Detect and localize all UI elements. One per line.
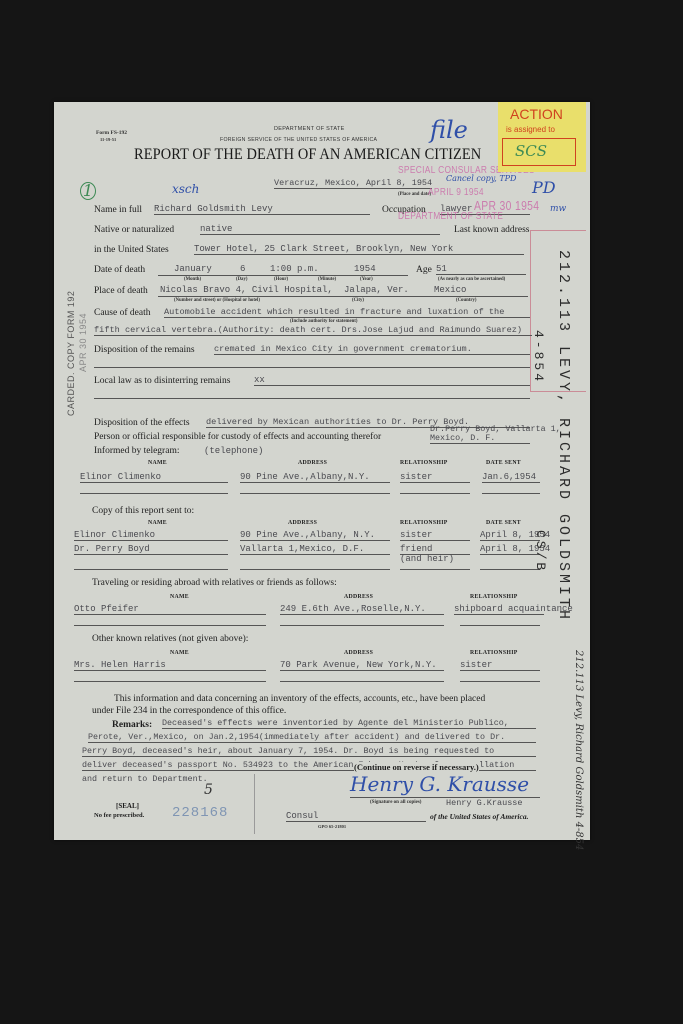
cell-relationship: shipboard acquaintance xyxy=(454,604,544,615)
caption-street: (Number and street) or (Hospital or hote… xyxy=(174,298,260,303)
copy-label: Copy of this report sent to: xyxy=(92,506,194,516)
informed-header-relationship: RELATIONSHIP xyxy=(400,460,448,466)
remarks-line-1: Deceased's effects were inventoried by A… xyxy=(162,718,536,729)
fold-mark xyxy=(254,774,255,834)
cell-address: 249 E.6th Ave.,Roselle,N.Y. xyxy=(280,604,444,615)
consul-title: Consul xyxy=(286,811,426,822)
cell-address: Vallarta 1,Mexico, D.F. xyxy=(240,544,390,555)
traveling-header-name: NAME xyxy=(170,594,189,600)
circled-number: 1 xyxy=(80,182,96,200)
local-law-value: xx xyxy=(254,375,530,386)
caption-month: (Month) xyxy=(184,277,201,282)
blank-line xyxy=(460,674,540,682)
cell-name: Otto Pfeifer xyxy=(74,604,266,615)
cancel-note: Cancel copy, TPD xyxy=(446,174,516,183)
cell-date: April 8, 1954 xyxy=(480,544,540,555)
blank-line xyxy=(400,486,470,494)
seal-label: [SEAL] xyxy=(116,802,139,810)
informed-value: (telephone) xyxy=(204,446,263,456)
dod-day: 6 xyxy=(240,264,245,274)
signer-name: Henry G.Krausse xyxy=(446,798,523,808)
copy-header-name: NAME xyxy=(148,520,167,526)
handwritten-pd: PD xyxy=(532,178,556,197)
relatives-label: Other known relatives (not given above): xyxy=(92,634,248,644)
blank-line xyxy=(74,674,266,682)
place-country: Mexico xyxy=(434,285,466,295)
remarks-label: Remarks: xyxy=(112,720,152,730)
action-subtitle: is assigned to xyxy=(506,125,555,134)
age-value: 51 xyxy=(436,264,526,275)
remains-blank-line xyxy=(94,360,530,368)
cause-label: Cause of death xyxy=(94,308,150,318)
caption-day: (Day) xyxy=(236,277,247,282)
cell-relationship: sister xyxy=(400,472,470,483)
carded-stamp: CARDED. COPY FORM 192 xyxy=(66,291,76,416)
place-street: Nicolas Bravo 4, Civil Hospital, xyxy=(160,285,333,295)
inventory-line-1: This information and data concerning an … xyxy=(114,694,485,704)
effects-label: Disposition of the effects xyxy=(94,418,190,428)
last-address-label: Last known address xyxy=(454,225,529,235)
blank-line xyxy=(240,486,390,494)
form-date: 11-19-51 xyxy=(100,137,116,142)
cell-name: Dr. Perry Boyd xyxy=(74,544,228,555)
page-title: REPORT OF THE DEATH OF AN AMERICAN CITIZ… xyxy=(134,146,481,164)
relatives-header-name: NAME xyxy=(170,650,189,656)
custody-label: Person or official responsible for custo… xyxy=(94,432,381,442)
blank-line xyxy=(460,618,540,626)
place-and-date: Veracruz, Mexico, April 8, 1954 xyxy=(274,178,432,189)
stamp-april: APRIL 9 1954 xyxy=(428,186,484,198)
form-number: Form FS-192 xyxy=(96,130,127,136)
place-date-caption: (Place and date) xyxy=(398,192,431,197)
informed-header-date: DATE SENT xyxy=(486,460,521,466)
caption-hour: (Hour) xyxy=(274,277,288,282)
margin-handwritten-note: 212.113 Levy, Richard Goldsmith 4-854 xyxy=(573,650,584,850)
name-label: Name in full xyxy=(94,205,142,215)
cell-address: 70 Park Avenue, New York,N.Y. xyxy=(280,660,444,671)
place-label: Place of death xyxy=(94,286,148,296)
cause-line-1: Automobile accident which resulted in fr… xyxy=(164,307,530,318)
custody-line-2: Mexico, D. F. xyxy=(430,433,530,444)
blank-line xyxy=(400,562,470,570)
cell-address: 90 Pine Ave.,Albany,N.Y. xyxy=(240,472,390,483)
caption-country: (Country) xyxy=(456,298,477,303)
handwritten-count: 5 xyxy=(204,782,213,798)
native-label: Native or naturalized xyxy=(94,225,174,235)
death-report-document: Form FS-192 11-19-51 DEPARTMENT OF STATE… xyxy=(54,102,590,840)
remarks-line-2: Perote, Ver.,Mexico, on Jan.2,1954(immed… xyxy=(88,732,536,743)
informed-header-address: ADDRESS xyxy=(298,460,327,466)
cs-code-stamp: CS/B xyxy=(533,530,548,573)
blank-line xyxy=(80,486,228,494)
signature-line xyxy=(350,788,540,798)
remarks-line-5: and return to Department. xyxy=(82,774,208,784)
cell-name: Mrs. Helen Harris xyxy=(74,660,266,671)
local-law-label: Local law as to disinterring remains xyxy=(94,376,230,386)
cell-name: Elinor Climenko xyxy=(74,530,228,541)
of-united-states: of the United States of America. xyxy=(430,812,528,821)
department-heading: DEPARTMENT OF STATE xyxy=(274,126,345,132)
cell-relationship: sister xyxy=(460,660,540,671)
dod-month: January xyxy=(174,264,212,274)
blank-line xyxy=(280,618,444,626)
copy-header-date: DATE SENT xyxy=(486,520,521,526)
relatives-header-address: ADDRESS xyxy=(344,650,373,656)
remains-label: Disposition of the remains xyxy=(94,345,195,355)
name-value: Richard Goldsmith Levy xyxy=(154,204,370,215)
traveling-header-address: ADDRESS xyxy=(344,594,373,600)
carded-date-stamp: APR 30 1954 xyxy=(78,313,88,372)
copy-header-address: ADDRESS xyxy=(288,520,317,526)
action-assigned-value: SCS xyxy=(515,142,547,160)
action-assigned-box: SCS xyxy=(502,138,576,166)
blank-line xyxy=(480,562,540,570)
informed-label: Informed by telegram: xyxy=(94,446,179,456)
action-title: ACTION xyxy=(510,106,563,122)
caption-year: (Year) xyxy=(360,277,373,282)
cell-date: Jan.6,1954 xyxy=(482,472,540,483)
action-sticky-note: ACTION is assigned to SCS xyxy=(498,102,586,172)
blank-line xyxy=(74,618,266,626)
inventory-line-2: under File 234 in the correspondence of … xyxy=(92,706,286,716)
native-value: native xyxy=(200,224,440,235)
place-city: Jalapa, Ver. xyxy=(344,285,409,295)
file-number-stamp: 212.113 LEVY, RICHARD GOLDSMITH xyxy=(555,250,572,622)
cause-line-2: fifth cervical vertebra.(Authority: deat… xyxy=(94,325,532,336)
handwritten-initials-mw: mw xyxy=(550,204,566,214)
blank-line xyxy=(482,486,540,494)
us-address-value: Tower Hotel, 25 Clark Street, Brooklyn, … xyxy=(194,244,524,255)
continue-note: (Continue on reverse if necessary.) xyxy=(354,762,479,772)
us-address-label: in the United States xyxy=(94,245,169,255)
signature-caption: (Signature on all copies) xyxy=(370,800,421,805)
blank-line xyxy=(240,562,390,570)
age-caption: (As nearly as can be ascertained) xyxy=(438,277,505,282)
cell-address: 90 Pine Ave.,Albany, N.Y. xyxy=(240,530,390,541)
dod-hour: 1:00 p.m. xyxy=(270,264,319,274)
cell-date: April 8, 1954 xyxy=(480,530,540,541)
dod-year: 1954 xyxy=(354,264,376,274)
blank-line xyxy=(74,562,228,570)
sub-number-stamp: 4-854 xyxy=(531,330,546,384)
traveling-label: Traveling or residing abroad with relati… xyxy=(92,578,337,588)
local-law-blank-line xyxy=(94,391,530,399)
informed-header-name: NAME xyxy=(148,460,167,466)
age-label: Age xyxy=(416,265,432,275)
copy-header-relationship: RELATIONSHIP xyxy=(400,520,448,526)
stamp-department: DEPARTMENT OF STATE xyxy=(398,210,503,222)
remains-value: cremated in Mexico City in government cr… xyxy=(214,344,530,355)
cell-relationship: sister xyxy=(400,530,470,541)
dod-label: Date of death xyxy=(94,265,145,275)
fee-number-stamp: 228168 xyxy=(172,805,228,821)
relatives-header-relationship: RELATIONSHIP xyxy=(470,650,518,656)
gpo-number: GPO 65-21801 xyxy=(318,824,346,829)
service-heading: FOREIGN SERVICE OF THE UNITED STATES OF … xyxy=(220,137,377,143)
cause-caption: (Include authority for statement) xyxy=(290,319,357,324)
caption-minute: (Minute) xyxy=(318,277,336,282)
blank-line xyxy=(280,674,444,682)
caption-city: (City) xyxy=(352,298,364,303)
traveling-header-relationship: RELATIONSHIP xyxy=(470,594,518,600)
cell-name: Elinor Climenko xyxy=(80,472,228,483)
no-fee-label: No fee prescribed. xyxy=(94,812,144,819)
handwritten-file: file xyxy=(430,116,468,144)
handwritten-initials: xsch xyxy=(172,182,199,196)
remarks-line-3: Perry Boyd, deceased's heir, about Janua… xyxy=(82,746,536,757)
